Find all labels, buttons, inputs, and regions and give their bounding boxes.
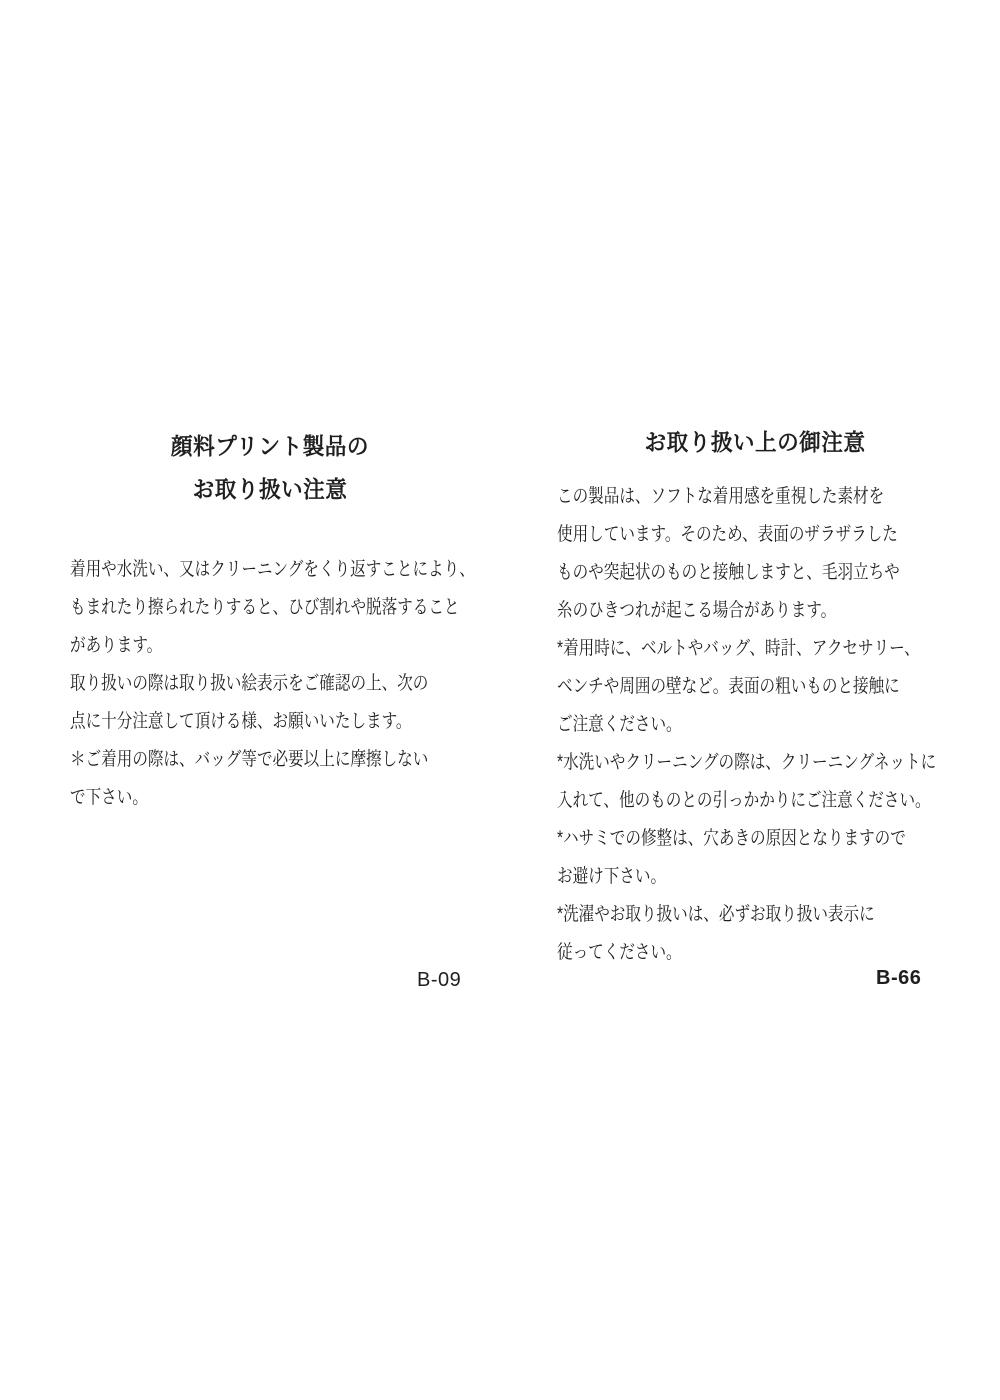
text-line: 点に十分注意して頂ける様、お願いいたします。: [70, 703, 475, 741]
text-line: 入れて、他のものとの引っかかりにご注意ください。: [557, 782, 936, 820]
text-line: 取り扱いの際は取り扱い絵表示をご確認の上、次の: [70, 665, 475, 703]
left-product-code: B-09: [417, 968, 461, 992]
pigment-print-body: 着用や水洗い、又はクリーニングをくり返すことにより、もまれたり擦られたりすると、…: [70, 551, 475, 817]
general-handling-title: お取り扱い上の御注意: [558, 421, 953, 464]
text-line: *着用時に、ベルトやバッグ、時計、アクセサリー、: [557, 630, 936, 668]
text-line: で下さい。: [70, 779, 475, 817]
text-line: ご注意ください。: [557, 706, 936, 744]
text-line: 着用や水洗い、又はクリーニングをくり返すことにより、: [70, 551, 475, 589]
text-line: 使用しています。そのため、表面のザラザラした: [557, 516, 936, 554]
right-product-code: B-66: [876, 966, 921, 990]
text-line: があります。: [70, 627, 475, 665]
pigment-print-title-line-2: お取り扱い注意: [82, 468, 458, 511]
pigment-print-title: 顔料プリント製品の お取り扱い注意: [82, 425, 458, 511]
text-line: この製品は、ソフトな着用感を重視した素材を: [557, 478, 936, 516]
text-line: ものや突起状のものと接触しますと、毛羽立ちや: [557, 554, 936, 592]
text-line: ベンチや周囲の壁など。表面の粗いものと接触に: [557, 668, 936, 706]
text-line: お避け下さい。: [557, 858, 936, 896]
text-line: 糸のひきつれが起こる場合があります。: [557, 592, 936, 630]
general-handling-body: この製品は、ソフトな着用感を重視した素材を使用しています。そのため、表面のザラザ…: [557, 478, 936, 972]
text-line: *ハサミでの修整は、穴あきの原因となりますので: [557, 820, 936, 858]
text-line: *水洗いやクリーニングの際は、クリーニングネットに: [557, 744, 936, 782]
text-line: ＊ご着用の際は、バッグ等で必要以上に摩擦しない: [70, 741, 475, 779]
care-instruction-document: 顔料プリント製品の お取り扱い注意 着用や水洗い、又はクリーニングをくり返すこと…: [0, 0, 1000, 1400]
text-line: *洗濯やお取り扱いは、必ずお取り扱い表示に: [557, 896, 936, 934]
text-line: もまれたり擦られたりすると、ひび割れや脱落すること: [70, 589, 475, 627]
pigment-print-title-line-1: 顔料プリント製品の: [82, 425, 458, 468]
